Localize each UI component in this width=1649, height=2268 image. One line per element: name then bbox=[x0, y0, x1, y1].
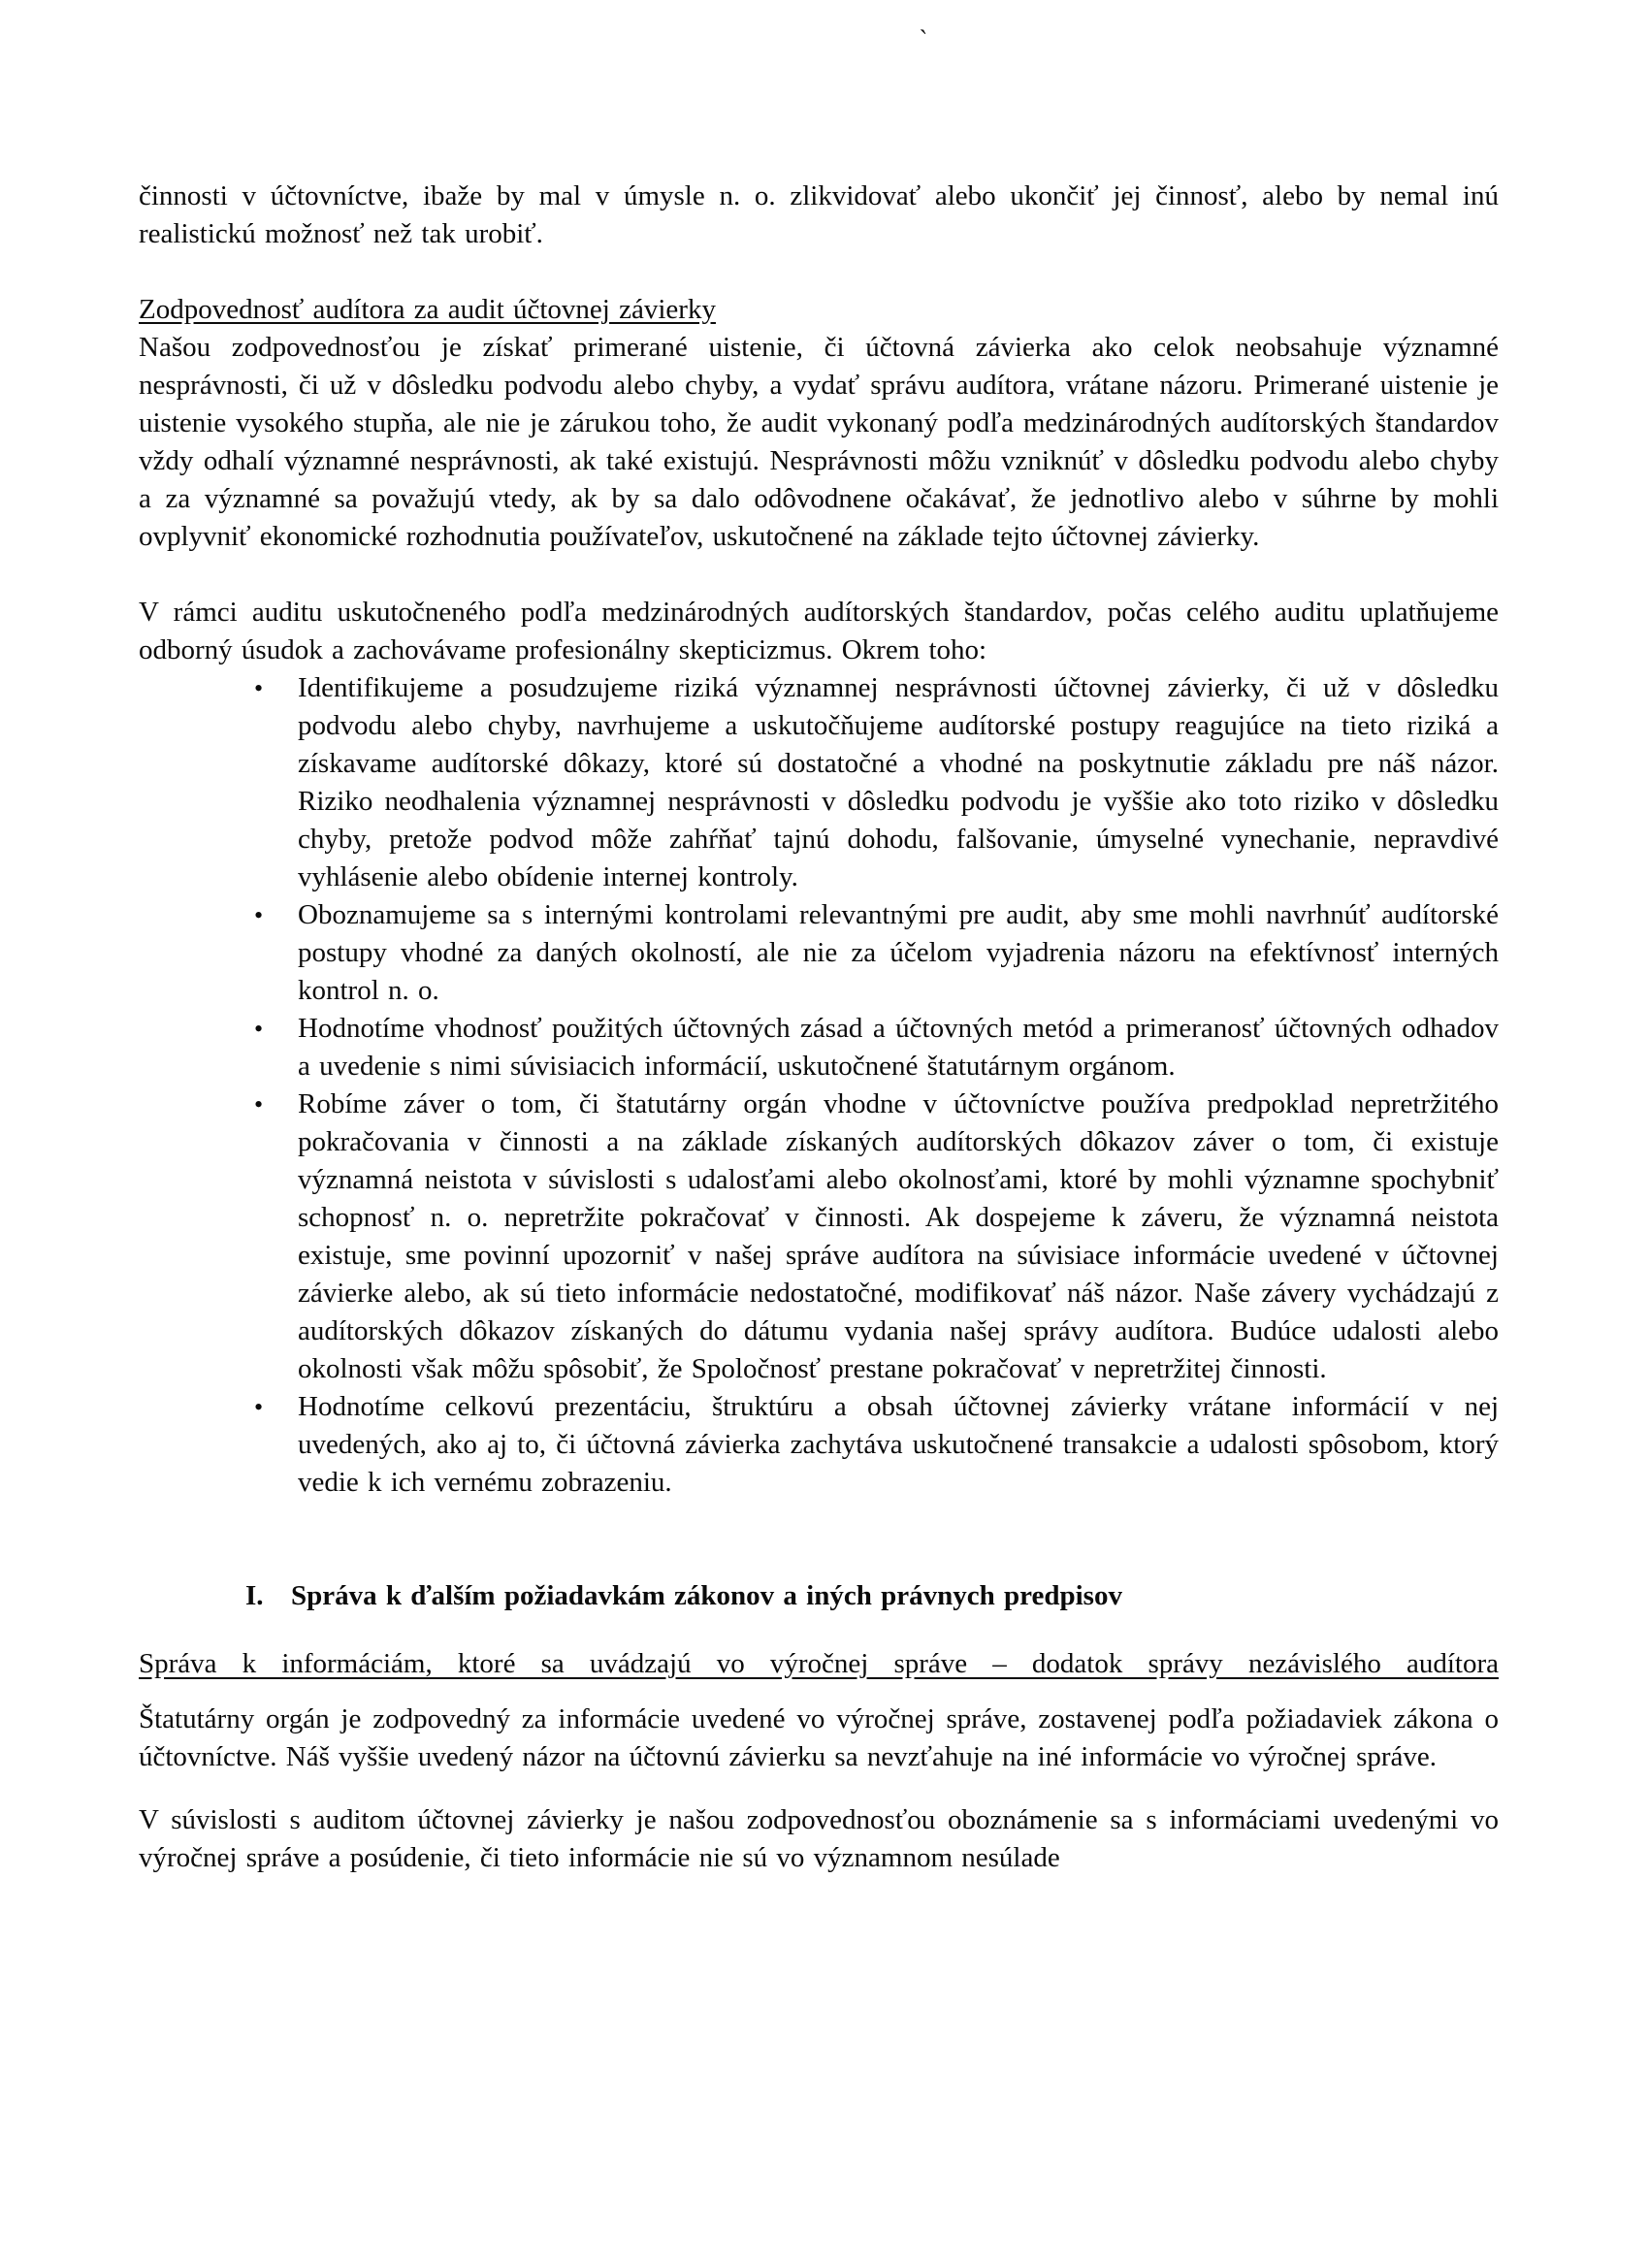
section-number: I. bbox=[245, 1577, 291, 1615]
other-requirements-heading: I. Správa k ďalším požiadavkám zákonov a… bbox=[139, 1577, 1499, 1615]
bullet-icon: • bbox=[254, 1010, 298, 1048]
bullet-icon: • bbox=[254, 1388, 298, 1426]
list-item-text: Robíme záver o tom, či štatutárny orgán … bbox=[298, 1085, 1499, 1388]
auditor-responsibility-paragraph: Našou zodpovednosťou je získať primerané… bbox=[139, 329, 1499, 556]
list-item-text: Identifikujeme a posudzujeme riziká význ… bbox=[298, 669, 1499, 896]
section-title: Správa k ďalším požiadavkám zákonov a in… bbox=[291, 1577, 1499, 1615]
document-page: { "page": { "background": "#ffffff", "te… bbox=[0, 0, 1649, 2268]
list-item: • Hodnotíme vhodnosť použitých účtovných… bbox=[139, 1010, 1499, 1085]
list-item-text: Hodnotíme vhodnosť použitých účtovných z… bbox=[298, 1010, 1499, 1085]
list-item-text: Hodnotíme celkovú prezentáciu, štruktúru… bbox=[298, 1388, 1499, 1502]
list-item: • Identifikujeme a posudzujeme riziká vý… bbox=[139, 669, 1499, 896]
statutory-responsibility-paragraph: Štatutárny orgán je zodpovedný za inform… bbox=[139, 1701, 1499, 1776]
bullet-icon: • bbox=[254, 1085, 298, 1123]
annual-report-subheading: Správa k informáciám, ktoré sa uvádzajú … bbox=[139, 1645, 1499, 1683]
auditor-responsibility-heading: Zodpovednosť audítora za audit účtovnej … bbox=[139, 291, 1499, 329]
list-item-text: Oboznamujeme sa s internými kontrolami r… bbox=[298, 896, 1499, 1010]
scan-artifact-mark: ` bbox=[916, 25, 929, 57]
list-item: • Oboznamujeme sa s internými kontrolami… bbox=[139, 896, 1499, 1010]
audit-procedures-list: • Identifikujeme a posudzujeme riziká vý… bbox=[139, 669, 1499, 1502]
list-item: • Hodnotíme celkovú prezentáciu, štruktú… bbox=[139, 1388, 1499, 1502]
bullet-icon: • bbox=[254, 669, 298, 707]
bullet-icon: • bbox=[254, 896, 298, 934]
list-item: • Robíme záver o tom, či štatutárny orgá… bbox=[139, 1085, 1499, 1388]
audit-approach-paragraph: V rámci auditu uskutočneného podľa medzi… bbox=[139, 594, 1499, 669]
auditor-annual-report-paragraph: V súvislosti s auditom účtovnej závierky… bbox=[139, 1801, 1499, 1877]
page-content: činnosti v účtovníctve, ibaže by mal v ú… bbox=[139, 178, 1499, 1877]
continuation-paragraph: činnosti v účtovníctve, ibaže by mal v ú… bbox=[139, 178, 1499, 253]
